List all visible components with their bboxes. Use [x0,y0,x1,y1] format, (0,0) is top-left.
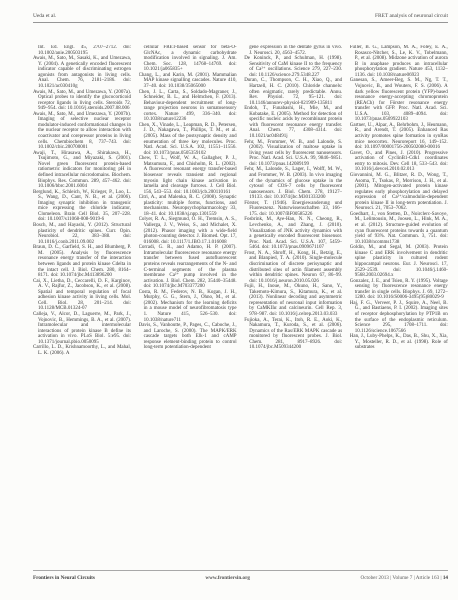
reference-entry: Calleja, V., Alcor, D., Laguerre, M., Pa… [33,312,131,345]
reference-entry: Bosch, M., and Hayashi, Y. (2012). Struc… [33,223,131,245]
footer-issue-text: October 2013 | Volume 7 | Article 163 | [361,575,443,581]
reference-entry: Corradi, G. R., and Adamo, H. P. (2007).… [139,245,237,290]
reference-entry: Haj, F. G., Verveer, P. J., Squire, A., … [350,301,448,334]
header-rule [33,22,448,23]
reference-entry: Awais, M., Sato, M., Sasaki, K., and Ume… [33,56,131,89]
reference-entry: Chen, J. L., Carta, S., Soldado-Magraner… [139,90,237,123]
journal-references-page: Ueda et al. FRET analysis of neuronal ci… [0,0,458,600]
reference-entry: Carrillo, L. D., Krishnamoorthy, L., and… [33,345,131,356]
reference-entry: Chang, L., and Karin, M. (2001). Mammali… [139,73,237,90]
footer-journal-url[interactable]: www.frontiersin.org [205,575,250,581]
reference-entry: Braun, D. C., Garfield, S. H., and Blumb… [33,245,131,278]
footer-rule [33,570,448,571]
reference-entry: Costa, R. M., Federov, N. B., Kogan, J. … [139,290,237,323]
reference-entry: Fosbrink, M., Aye-Han, N. N., Cheong, R.… [244,217,342,250]
reference-entry: Chen, X., Vinade, L., Leapman, R. D., Pe… [139,123,237,156]
reference-entry: Cai, X., Lietha, D., Ceccarelli, D. F., … [33,279,131,312]
reference-entry: Fehr, M., Lalonde, S., Lager, I., Wolff,… [244,167,342,200]
references-column-4: Fuller, B. G., Lampson, M. A., Foley, E.… [350,45,448,557]
reference-entry: Fuller, B. G., Lampson, M. A., Foley, E.… [350,45,448,78]
page-header: Ueda et al. FRET analysis of neuronal ci… [33,13,448,19]
reference-entry: cellular FRET-based sensor for beta-O-Gl… [139,45,237,73]
reference-entry: Awaji, T., Hirasawa, A., Shirakawa, H., … [33,151,131,190]
header-running-title: FRET analysis of neuronal circuit [375,13,448,19]
footer-journal-name: Frontiers in Neural Circuits [33,575,95,581]
reference-entry: Fujioka, A., Terai, K., Itoh, R. E., Aok… [244,318,342,351]
footer-issue-info: October 2013 | Volume 7 | Article 163 | … [361,575,449,581]
reference-entry: Gartner, U., Alpar, A., Behrbohm, J., He… [350,123,448,151]
reference-entry: Goldin, M., and Segal, M. (2003). Protei… [350,245,448,278]
header-authors: Ueda et al. [33,13,56,19]
reference-entry: Colyer, R. A., Siegmund, O. H., Tremsin,… [139,217,237,245]
reference-entry: De Koninck, P., and Schulman, H. (1998).… [244,56,342,78]
reference-entry: Fehr, M., Frommer, W. B., and Lalonde, S… [244,140,342,168]
reference-entry: Awais, M., Sato, M., and Umezawa, Y. (20… [33,112,131,151]
reference-entry: Citri, A., and Malenka, R. C. (2008). Sy… [139,195,237,217]
reference-entry: Gavet, O., and Pines, J. (2010). Progres… [350,151,448,173]
reference-entry: Chew, T. L., Wolf, W. A., Gallagher, P. … [139,156,237,195]
references-column-3: gene expression in the dentate gyrus in … [244,45,342,557]
reference-entry: Han, J., Luby-Phelps, K., Das, B., Shu, … [350,334,448,351]
references-column-2: cellular FRET-based sensor for beta-O-Gl… [139,45,237,557]
footer-page-number: 14 [443,575,448,581]
reference-entry: Endoh, T., Funabashi, H., Mie, M., and K… [244,106,342,139]
reference-entry: Goedhart, J., von Stetten, D., Noirclerc… [350,212,448,245]
references-column-1: Int. Ed. Engl. 45, 2707–2712. doi: 10.10… [33,45,131,557]
reference-entry: Int. Ed. Engl. 45, 2707–2712. doi: 10.10… [33,45,131,56]
reference-entry: Fujii, H., Inoue, M., Okuno, H., Sano, Y… [244,284,342,317]
references-section: Int. Ed. Engl. 45, 2707–2712. doi: 10.10… [33,45,448,557]
reference-entry: gene expression in the dentate gyrus in … [244,45,342,56]
reference-entry: Ganesan, S., Ameer-Beg, S. M., Ng, T. T.… [350,78,448,123]
reference-entry: Duran, C., Thompson, C. H., Xiao, Q., an… [244,78,342,106]
reference-entry: Giovannini, M. G., Blitzer, R. D., Wong,… [350,173,448,212]
reference-entry: Frost, N. A., Shroff, H., Kong, H., Betz… [244,251,342,284]
reference-entry: Berglund, K., Schleich, W., Krieger, P.,… [33,190,131,223]
reference-entry: Awais, M., Sato, M., and Umezawa, Y. (20… [33,90,131,112]
page-footer: Frontiers in Neural Circuits www.frontie… [33,575,448,581]
reference-entry: Förster, T. (1946). Energiewanderung und… [244,201,342,218]
reference-entry: Davis, S., Vanhoutte, P., Pages, C., Cab… [139,323,237,351]
reference-entry: Gonzalez, J. E., and Tsien, R. Y. (1995)… [350,279,448,301]
